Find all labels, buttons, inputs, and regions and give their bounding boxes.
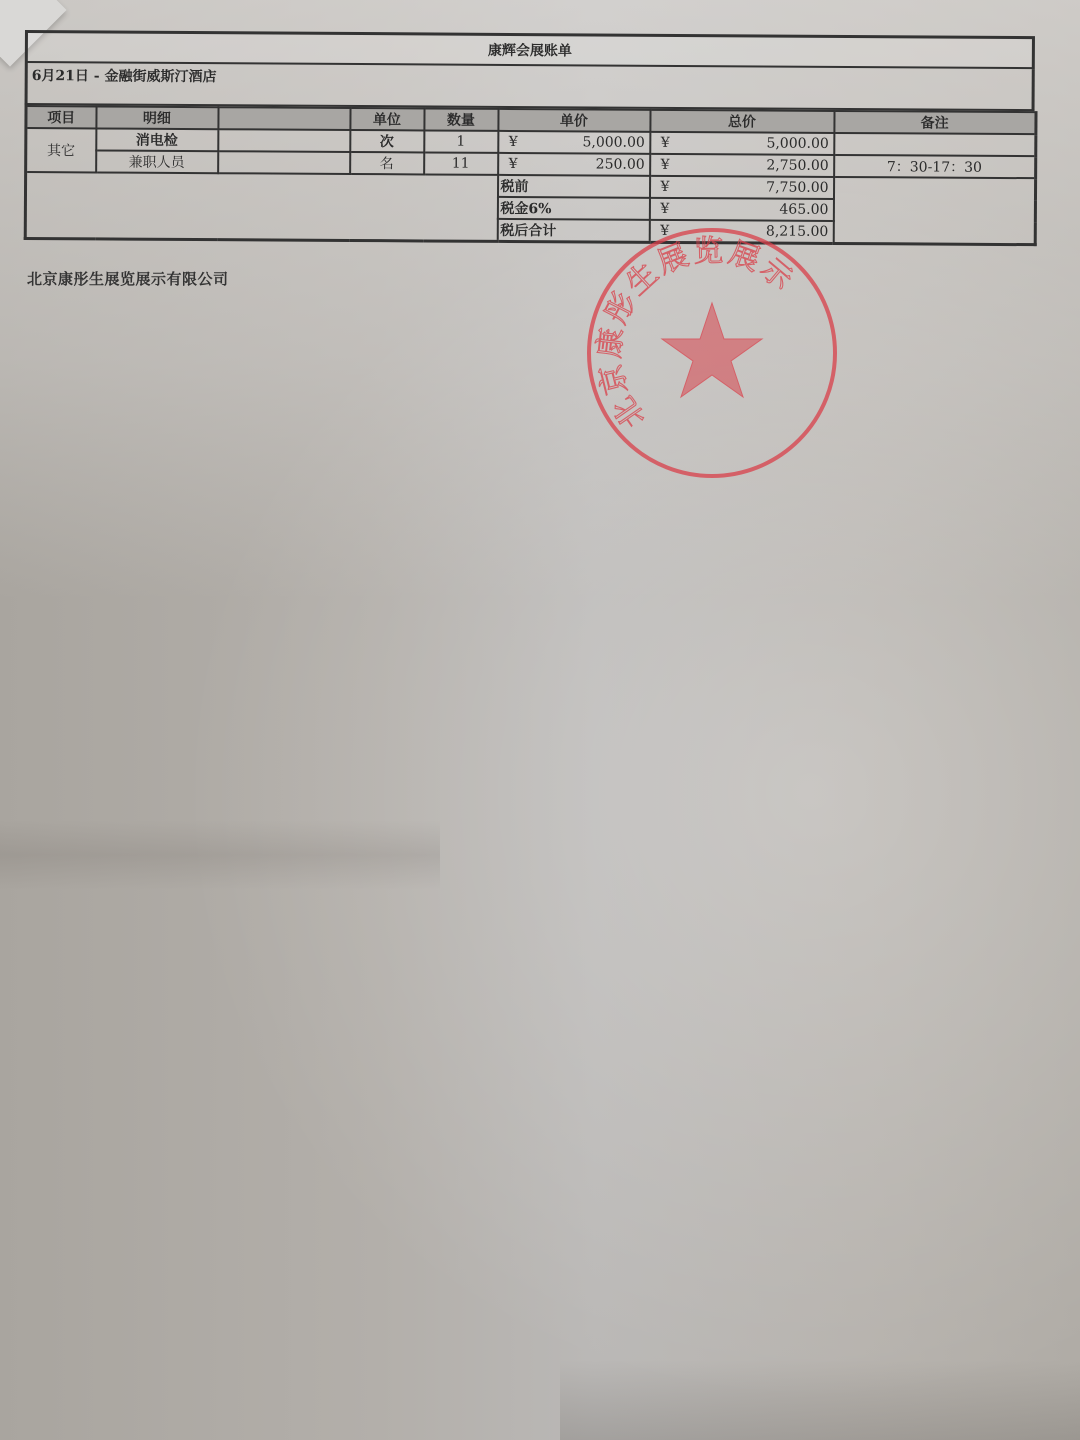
column-header-total: 总价: [650, 110, 834, 133]
summary-value-cell: ¥ 8,215.00: [649, 220, 833, 244]
summary-value-cell: ¥ 465.00: [649, 198, 833, 221]
unit-cell: 名: [350, 152, 424, 174]
currency-symbol: ¥: [655, 179, 670, 195]
category-cell: 其它: [26, 128, 96, 172]
blank-cell: [218, 151, 350, 174]
blank-cell: [218, 129, 350, 152]
column-header-category: 项目: [26, 106, 96, 128]
summary-value: 465.00: [779, 202, 828, 218]
summary-label: 税金6%: [497, 197, 649, 220]
summary-value-cell: ¥ 7,750.00: [649, 176, 833, 199]
paper-bottom-shadow: [560, 1360, 1080, 1440]
summary-label: 税后合计: [497, 219, 649, 242]
column-header-unit: 单位: [350, 108, 424, 130]
summary-blank-area: [25, 172, 497, 241]
unit-price-cell: ¥ 250.00: [498, 153, 650, 176]
currency-symbol: ¥: [655, 135, 670, 151]
unit-price-value: 5,000.00: [582, 134, 644, 150]
quantity-cell: 1: [424, 130, 498, 152]
note-cell: 7：30-17：30: [834, 155, 1036, 178]
summary-label: 税前: [497, 175, 649, 198]
bill-table: 项目 明细 单位 数量 单价 总价 备注 其它 消电检 次 1 ¥ 5,000.…: [24, 105, 1038, 246]
total-cell: ¥ 2,750.00: [650, 154, 834, 177]
currency-symbol: ¥: [503, 156, 518, 172]
column-header-quantity: 数量: [424, 108, 498, 130]
currency-symbol: ¥: [655, 157, 670, 173]
item-cell: 消电检: [96, 128, 218, 151]
bill-subtitle: 6月21日 - 金融街威斯汀酒店: [25, 63, 1035, 111]
company-name: 北京康彤生展览展示有限公司: [27, 268, 229, 289]
star-icon: [662, 303, 762, 397]
quantity-cell: 11: [424, 152, 498, 174]
currency-symbol: ¥: [503, 134, 518, 150]
currency-symbol: ¥: [654, 201, 669, 217]
summary-value: 7,750.00: [766, 180, 828, 196]
column-header-unit-price: 单价: [498, 109, 650, 132]
seal-text: 北京康彤生展览展示有限公司: [584, 225, 803, 462]
paper-fold-shadow: [0, 820, 440, 890]
unit-price-cell: ¥ 5,000.00: [498, 131, 650, 154]
total-cell: ¥ 5,000.00: [650, 132, 834, 155]
column-header-blank: [218, 107, 350, 130]
total-value: 5,000.00: [766, 136, 828, 152]
bill-sheet: 康辉会展账单 6月21日 - 金融街威斯汀酒店 项目 明细 单位 数量 单价 总…: [24, 30, 1035, 246]
unit-price-value: 250.00: [596, 156, 645, 172]
currency-symbol: ¥: [654, 223, 669, 239]
summary-note-blank: [833, 177, 1035, 245]
company-seal: 北京康彤生展览展示有限公司: [584, 225, 840, 481]
item-cell: 兼职人员: [96, 150, 218, 173]
unit-cell: 次: [350, 130, 424, 152]
summary-value: 8,215.00: [766, 224, 828, 240]
seal-ring: [589, 230, 835, 476]
total-value: 2,750.00: [766, 158, 828, 174]
note-cell: [834, 133, 1036, 156]
column-header-note: 备注: [834, 111, 1036, 134]
column-header-detail: 明细: [96, 106, 218, 129]
